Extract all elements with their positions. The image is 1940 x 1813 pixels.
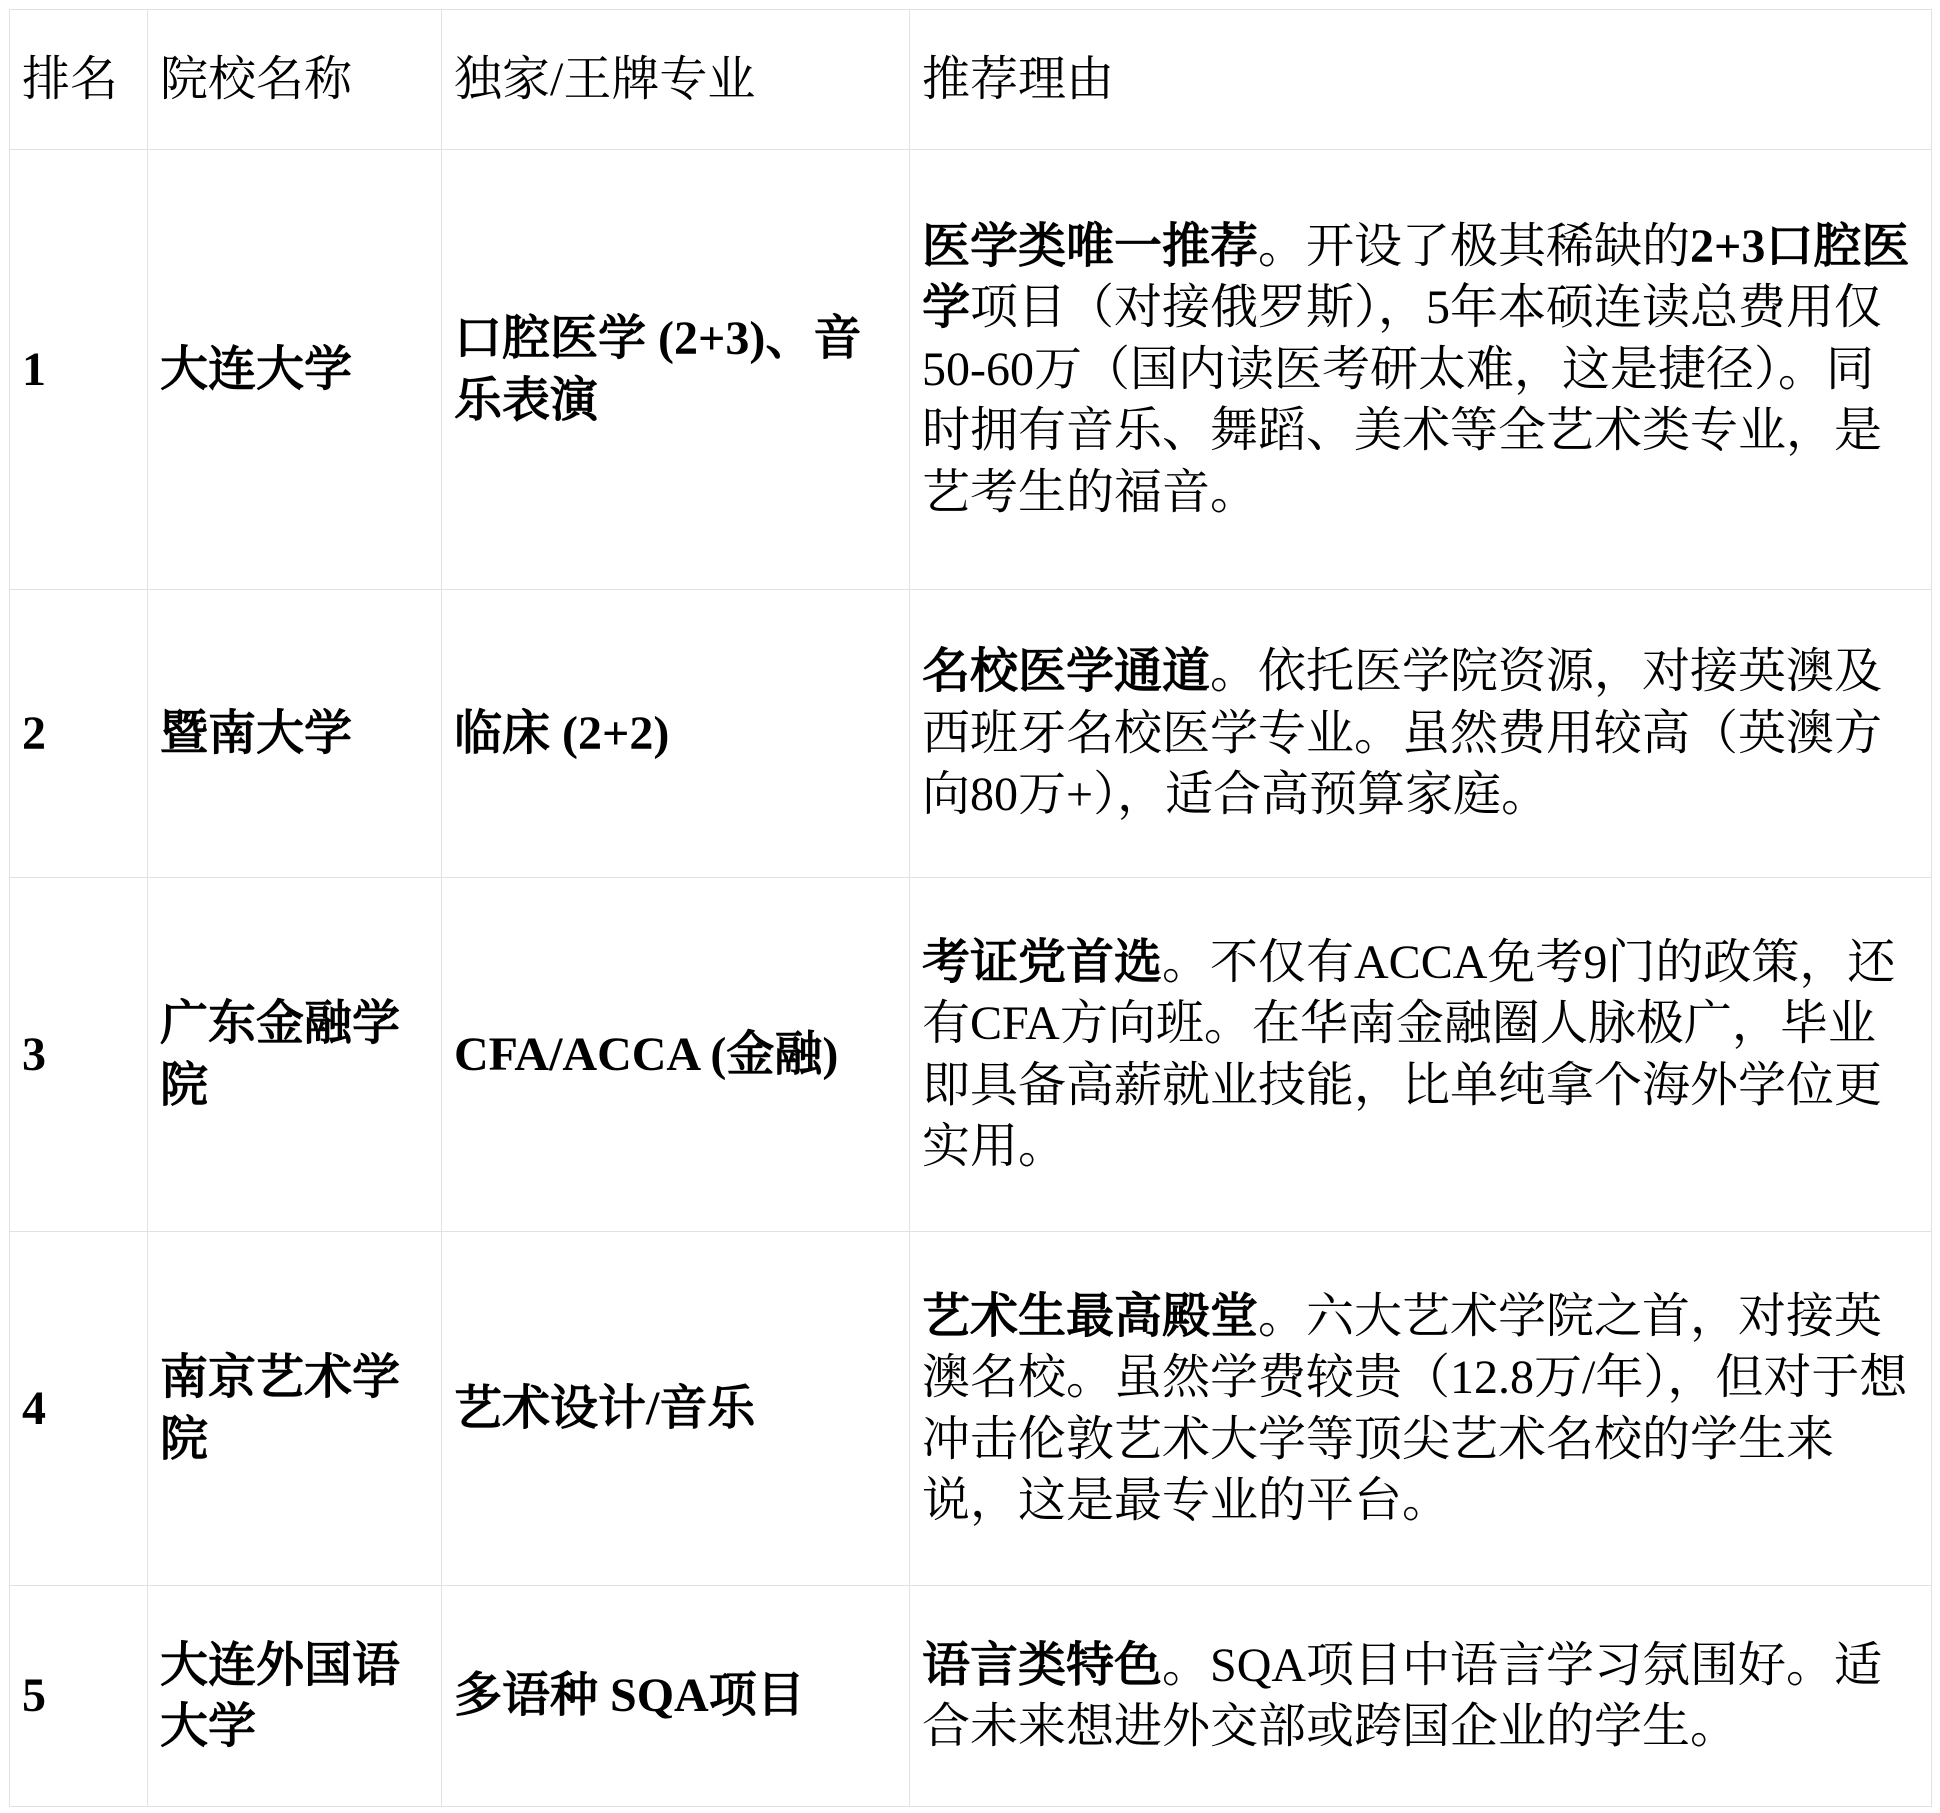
flagship-major-cell: 艺术设计/音乐	[442, 1232, 910, 1586]
rank-cell: 2	[10, 590, 148, 878]
recommendation-reason-cell: 医学类唯一推荐。开设了极其稀缺的2+3口腔医学项目（对接俄罗斯），5年本硕连读总…	[910, 150, 1932, 590]
flagship-major-cell: 口腔医学 (2+3)、音乐表演	[442, 150, 910, 590]
school-name-cell: 暨南大学	[148, 590, 442, 878]
reason-text: 项目（对接俄罗斯），5年本硕连读总费用仅50-60万（国内读医考研太难，这是捷径…	[922, 281, 1882, 518]
school-name-cell: 大连外国语大学	[148, 1586, 442, 1807]
reason-bold-text: 考证党首选	[922, 936, 1162, 989]
table-body: 1大连大学口腔医学 (2+3)、音乐表演医学类唯一推荐。开设了极其稀缺的2+3口…	[10, 150, 1932, 1807]
table-row: 2暨南大学临床 (2+2)名校医学通道。依托医学院资源，对接英澳及西班牙名校医学…	[10, 590, 1932, 878]
university-ranking-table: 排名 院校名称 独家/王牌专业 推荐理由 1大连大学口腔医学 (2+3)、音乐表…	[9, 9, 1932, 1807]
header-recommendation-reason: 推荐理由	[910, 10, 1932, 150]
reason-bold-text: 语言类特色	[922, 1639, 1162, 1692]
rank-cell: 5	[10, 1586, 148, 1807]
reason-text: 。开设了极其稀缺的	[1258, 220, 1690, 273]
table-row: 1大连大学口腔医学 (2+3)、音乐表演医学类唯一推荐。开设了极其稀缺的2+3口…	[10, 150, 1932, 590]
header-row: 排名 院校名称 独家/王牌专业 推荐理由	[10, 10, 1932, 150]
flagship-major-cell: CFA/ACCA (金融)	[442, 878, 910, 1232]
reason-bold-text: 名校医学通道	[922, 645, 1210, 698]
school-name-cell: 大连大学	[148, 150, 442, 590]
table-row: 3广东金融学院CFA/ACCA (金融)考证党首选。不仅有ACCA免考9门的政策…	[10, 878, 1932, 1232]
header-rank: 排名	[10, 10, 148, 150]
reason-bold-text: 艺术生最高殿堂	[922, 1290, 1258, 1343]
table-row: 4南京艺术学院艺术设计/音乐艺术生最高殿堂。六大艺术学院之首，对接英澳名校。虽然…	[10, 1232, 1932, 1586]
rank-cell: 4	[10, 1232, 148, 1586]
rank-cell: 1	[10, 150, 148, 590]
reason-bold-text: 医学类唯一推荐	[922, 220, 1258, 273]
flagship-major-cell: 临床 (2+2)	[442, 590, 910, 878]
table-row: 5大连外国语大学多语种 SQA项目语言类特色。SQA项目中语言学习氛围好。适合未…	[10, 1586, 1932, 1807]
header-flagship-major: 独家/王牌专业	[442, 10, 910, 150]
header-school-name: 院校名称	[148, 10, 442, 150]
flagship-major-cell: 多语种 SQA项目	[442, 1586, 910, 1807]
school-name-cell: 南京艺术学院	[148, 1232, 442, 1586]
recommendation-reason-cell: 考证党首选。不仅有ACCA免考9门的政策，还有CFA方向班。在华南金融圈人脉极广…	[910, 878, 1932, 1232]
recommendation-reason-cell: 艺术生最高殿堂。六大艺术学院之首，对接英澳名校。虽然学费较贵（12.8万/年），…	[910, 1232, 1932, 1586]
recommendation-reason-cell: 语言类特色。SQA项目中语言学习氛围好。适合未来想进外交部或跨国企业的学生。	[910, 1586, 1932, 1807]
recommendation-reason-cell: 名校医学通道。依托医学院资源，对接英澳及西班牙名校医学专业。虽然费用较高（英澳方…	[910, 590, 1932, 878]
rank-cell: 3	[10, 878, 148, 1232]
school-name-cell: 广东金融学院	[148, 878, 442, 1232]
